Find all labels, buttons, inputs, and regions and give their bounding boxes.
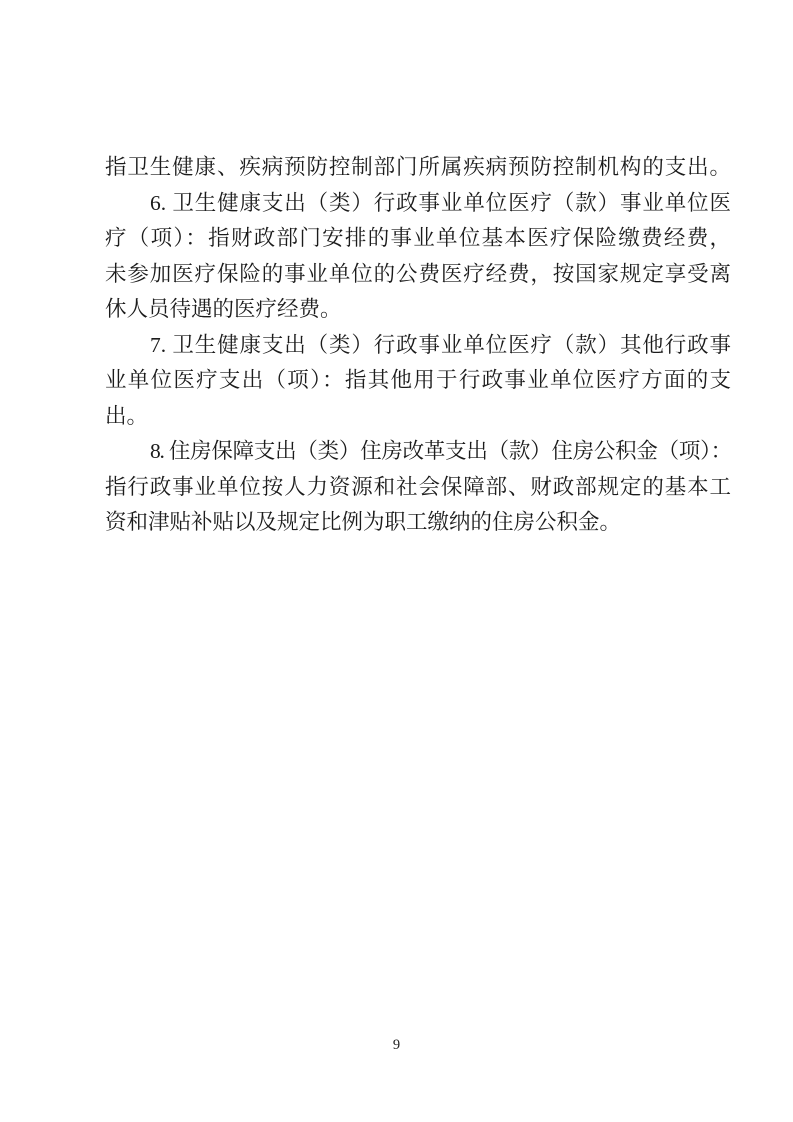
text-line-4: 未参加医疗保险的事业单位的公费医疗经费，按国家规定享受离: [105, 257, 731, 293]
text-block: 指卫生健康、疾病预防控制部门所属疾病预防控制机构的支出。 6. 卫生健康支出（类…: [105, 150, 731, 541]
page-footer: 9: [0, 1036, 793, 1054]
text-line-5: 休人员待遇的医疗经费。: [105, 292, 731, 328]
text-line-2: 6. 卫生健康支出（类）行政事业单位医疗（款）事业单位医: [105, 186, 731, 222]
page-number: 9: [393, 1037, 400, 1053]
text-line-7: 业单位医疗支出（项）：指其他用于行政事业单位医疗方面的支: [105, 363, 731, 399]
document-page: 指卫生健康、疾病预防控制部门所属疾病预防控制机构的支出。 6. 卫生健康支出（类…: [0, 0, 793, 1122]
text-line-8: 出。: [105, 399, 731, 435]
text-line-3: 疗（项）：指财政部门安排的事业单位基本医疗保险缴费经费，: [105, 221, 731, 257]
text-line-11: 资和津贴补贴以及规定比例为职工缴纳的住房公积金。: [105, 505, 731, 541]
text-line-9: 8. 住房保障支出（类）住房改革支出（款）住房公积金（项）：: [105, 434, 731, 470]
text-line-6: 7. 卫生健康支出（类）行政事业单位医疗（款）其他行政事: [105, 328, 731, 364]
text-line-10: 指行政事业单位按人力资源和社会保障部、财政部规定的基本工: [105, 470, 731, 506]
text-line-1: 指卫生健康、疾病预防控制部门所属疾病预防控制机构的支出。: [105, 150, 731, 186]
